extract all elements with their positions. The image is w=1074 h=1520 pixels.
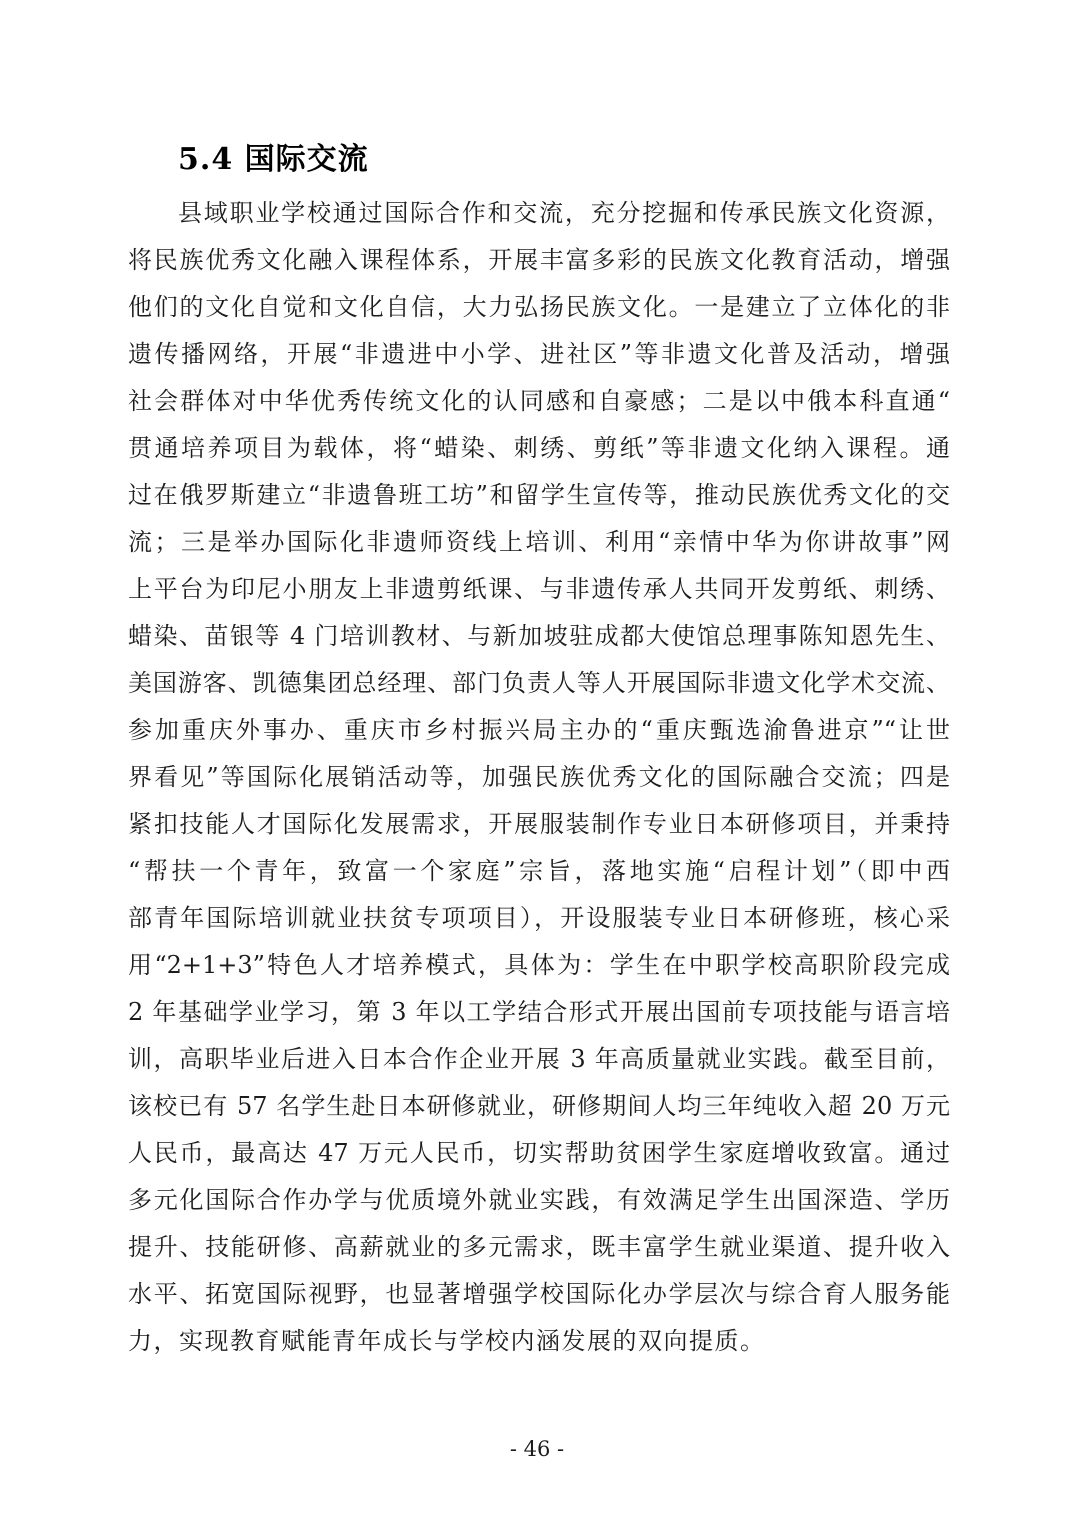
paragraph-line: 社会群体对中华优秀传统文化的认同感和自豪感；二是以中俄本科直通“ (128, 378, 950, 425)
body-paragraph: 县域职业学校通过国际合作和交流，充分挖掘和传承民族文化资源， 将民族优秀文化融入… (128, 190, 950, 1365)
paragraph-line: 将民族优秀文化融入课程体系，开展丰富多彩的民族文化教育活动，增强 (128, 237, 950, 284)
paragraph-line: 美国游客、凯德集团总经理、部门负责人等人开展国际非遗文化学术交流、 (128, 660, 950, 707)
section-heading: 5.4 国际交流 (178, 142, 950, 178)
paragraph-line: 县域职业学校通过国际合作和交流，充分挖掘和传承民族文化资源， (128, 190, 950, 237)
page-number: - 46 - (0, 1437, 1074, 1461)
paragraph-line: 贯通培养项目为载体，将“蜡染、刺绣、剪纸”等非遗文化纳入课程。通 (128, 425, 950, 472)
paragraph-line: 蜡染、苗银等 4 门培训教材、与新加坡驻成都大使馆总理事陈知恩先生、 (128, 613, 950, 660)
paragraph-line: “帮扶一个青年，致富一个家庭”宗旨，落地实施“启程计划”（即中西 (128, 848, 950, 895)
paragraph-line: 遗传播网络，开展“非遗进中小学、进社区”等非遗文化普及活动，增强 (128, 331, 950, 378)
paragraph-line: 该校已有 57 名学生赴日本研修就业，研修期间人均三年纯收入超 20 万元 (128, 1083, 950, 1130)
paragraph-line: 人民币，最高达 47 万元人民币，切实帮助贫困学生家庭增收致富。通过 (128, 1130, 950, 1177)
paragraph-line: 水平、拓宽国际视野，也显著增强学校国际化办学层次与综合育人服务能 (128, 1271, 950, 1318)
paragraph-line: 过在俄罗斯建立“非遗鲁班工坊”和留学生宣传等，推动民族优秀文化的交 (128, 472, 950, 519)
paragraph-line: 界看见”等国际化展销活动等，加强民族优秀文化的国际融合交流；四是 (128, 754, 950, 801)
paragraph-line: 多元化国际合作办学与优质境外就业实践，有效满足学生出国深造、学历 (128, 1177, 950, 1224)
paragraph-line: 部青年国际培训就业扶贫专项项目），开设服装专业日本研修班，核心采 (128, 895, 950, 942)
paragraph-line: 用“2+1+3”特色人才培养模式，具体为：学生在中职学校高职阶段完成 (128, 942, 950, 989)
paragraph-line: 2 年基础学业学习，第 3 年以工学结合形式开展出国前专项技能与语言培 (128, 989, 950, 1036)
paragraph-line: 参加重庆外事办、重庆市乡村振兴局主办的“重庆甄选渝鲁进京”“让世 (128, 707, 950, 754)
document-page: 5.4 国际交流 县域职业学校通过国际合作和交流，充分挖掘和传承民族文化资源， … (0, 0, 1074, 1520)
page-content: 5.4 国际交流 县域职业学校通过国际合作和交流，充分挖掘和传承民族文化资源， … (128, 142, 950, 1365)
paragraph-line: 提升、技能研修、高薪就业的多元需求，既丰富学生就业渠道、提升收入 (128, 1224, 950, 1271)
paragraph-line: 训，高职毕业后进入日本合作企业开展 3 年高质量就业实践。截至目前， (128, 1036, 950, 1083)
paragraph-line: 紧扣技能人才国际化发展需求，开展服装制作专业日本研修项目，并秉持 (128, 801, 950, 848)
paragraph-line: 上平台为印尼小朋友上非遗剪纸课、与非遗传承人共同开发剪纸、刺绣、 (128, 566, 950, 613)
paragraph-line: 力，实现教育赋能青年成长与学校内涵发展的双向提质。 (128, 1318, 950, 1365)
paragraph-line: 流；三是举办国际化非遗师资线上培训、利用“亲情中华为你讲故事”网 (128, 519, 950, 566)
paragraph-line: 他们的文化自觉和文化自信，大力弘扬民族文化。一是建立了立体化的非 (128, 284, 950, 331)
